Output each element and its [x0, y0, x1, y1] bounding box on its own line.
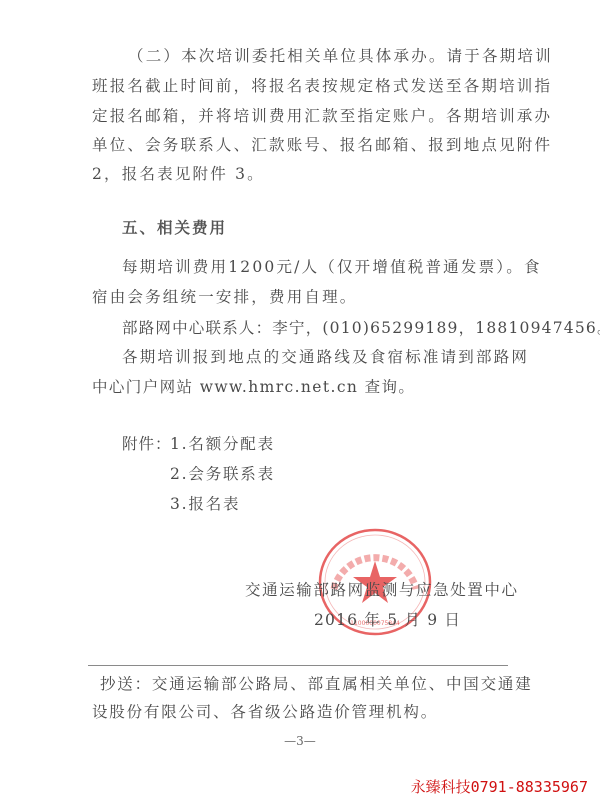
- section2-line-2: 班报名截止时间前，将报名表按规定格式发送至各期培训指: [92, 76, 552, 96]
- section2-line-3: 定报名邮箱，并将培训费用汇款至指定账户。各期培训承办: [92, 106, 552, 126]
- page-number: —3—: [0, 734, 600, 748]
- attachment-item: 2.会务联系表: [170, 464, 275, 484]
- fee-line-1: 每期培训费用1200元/人（仅开增值税普通发票）。食: [122, 257, 542, 277]
- cc-line-2: 设股份有限公司、各省级公路造价管理机构。: [92, 702, 438, 722]
- section2-line-4: 单位、会务联系人、汇款账号、报名邮箱、报到地点见附件: [92, 135, 552, 155]
- attachment-item: 3.报名表: [170, 494, 240, 514]
- section2-line-1: （二）本次培训委托相关单位具体承办。请于各期培训: [128, 46, 553, 66]
- fee-line-2: 宿由会务组统一安排，费用自理。: [92, 287, 358, 307]
- attachments-label: 附件：: [122, 434, 172, 454]
- section-heading-fees: 五、相关费用: [122, 218, 227, 238]
- watermark-contact: 永臻科技0791-88335967: [411, 776, 588, 797]
- attachment-item: 1.名额分配表: [170, 434, 275, 454]
- cc-line-1: 抄送：交通运输部公路局、部直属相关单位、中国交通建: [100, 674, 533, 694]
- website-line-2: 中心门户网站 www.hmrc.net.cn 查询。: [92, 377, 415, 397]
- cc-divider: [88, 665, 508, 666]
- website-line-1: 各期培训报到地点的交通路线及食宿标准请到部路网: [122, 347, 529, 367]
- section2-line-5: 2，报名表见附件 3。: [92, 164, 265, 184]
- signature-date: 2016 年 5 月 9 日: [314, 610, 461, 630]
- signature-organization: 交通运输部路网监测与应急处置中心: [245, 580, 519, 600]
- contact-line: 部路网中心联系人：李宁，(010)65299189，18810947456。: [122, 318, 600, 338]
